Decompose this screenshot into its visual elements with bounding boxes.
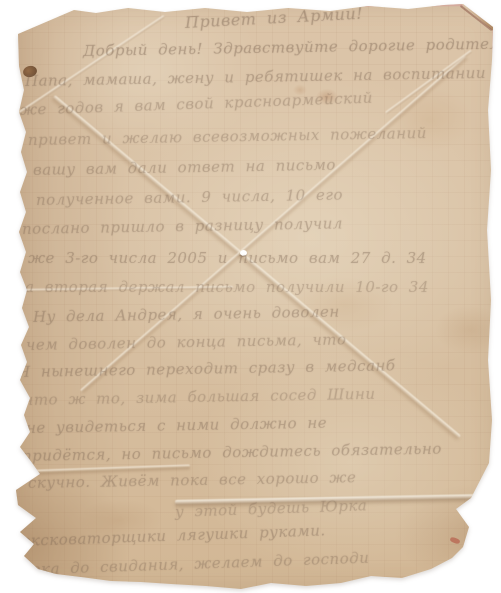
handwriting-line: полученное вами. 9 числа, 10 его xyxy=(36,186,343,209)
handwriting-line: чем доволен до конца письма, что xyxy=(26,330,347,354)
handwriting-line: Добрый день! Здравствуйте дорогие родите… xyxy=(83,35,501,60)
red-speck-bottom-left xyxy=(25,567,34,573)
handwriting-line: Папа, мамаша, жену и ребятишек на воспит… xyxy=(25,64,486,90)
handwriting-line: скучно. Живём пока все хорошо же xyxy=(28,468,357,492)
handwriting-line: у этой будешь Юрка xyxy=(175,496,368,521)
handwriting-line: вашу вам дали ответ на письмо xyxy=(33,156,336,179)
paper-wrapper: Привет из Армии!Добрый день! Здравствуйт… xyxy=(0,0,501,593)
handwriting-line: же годов я вам свой красноармейский xyxy=(20,89,373,119)
handwriting-line: что ж то, зима большая сосед Шини xyxy=(24,385,376,409)
handwriting-line: эксковаторщики лягушки руками. xyxy=(22,521,326,550)
handwriting-line: придётся, но письмо дождитесь обязательн… xyxy=(22,440,442,465)
letter-paper: Привет из Армии!Добрый день! Здравствуйт… xyxy=(0,0,501,593)
handwriting-line: Пока до свидания, желаем до господи xyxy=(18,549,370,579)
handwriting-line: Я нынешнего переходит сразу в медсанб xyxy=(18,356,396,381)
red-speck-bottom-right-2 xyxy=(458,552,464,556)
handwriting-line: не увидеться с ними должно не xyxy=(26,414,327,437)
pink-deckle-edge-right xyxy=(492,24,495,424)
handwriting-line: же 3-го числа 2005 и письмо вам 27 д. 34 xyxy=(28,249,427,267)
handwriting-line: Ну дела Андрея, я очень доволен xyxy=(33,303,340,326)
scanned-letter-photo: Привет из Армии!Добрый день! Здравствуйт… xyxy=(0,0,501,593)
handwriting: Привет из Армии!Добрый день! Здравствуйт… xyxy=(0,0,501,593)
handwriting-line: Привет из Армии! xyxy=(185,4,364,32)
handwriting-line: послано пришло в разницу получил xyxy=(22,214,343,238)
handwriting-line: а вторая держал письмо получили 10-го 34 xyxy=(25,278,429,296)
handwriting-line: привет и желаю всевозможных пожеланий xyxy=(28,124,427,149)
